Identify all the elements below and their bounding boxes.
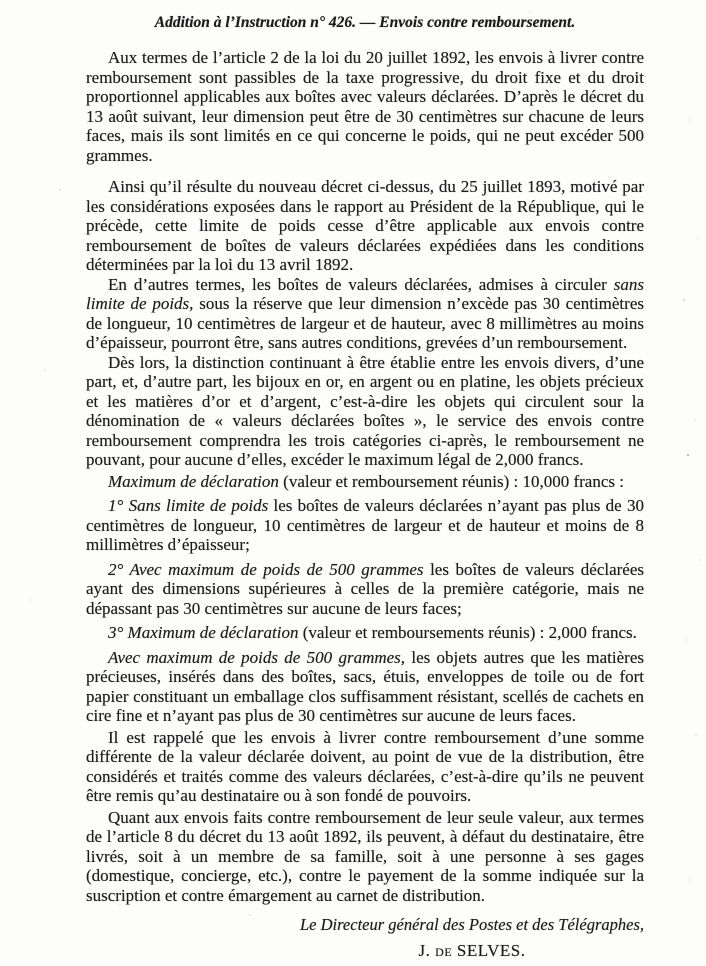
paragraph: Dès lors, la distinction continuant à êt… <box>86 353 644 470</box>
paragraph: Il est rappelé que les envois à livrer c… <box>86 728 644 806</box>
document-body: Aux termes de l’article 2 de la loi du 2… <box>86 48 644 905</box>
text-segment: Il est rappelé que les envois à livrer c… <box>86 728 644 806</box>
signature-role: Le Directeur général des Postes et des T… <box>300 915 644 935</box>
signature-name-initial: J. <box>419 941 436 960</box>
signature-name-particle: de <box>435 941 452 960</box>
paragraph: Quant aux envois faits contre remboursem… <box>86 808 644 906</box>
italic-text-segment: Maximum de déclaration <box>108 472 279 491</box>
paragraph: Maximum de déclaration (valeur et rembou… <box>86 472 644 492</box>
paragraph: Aux termes de l’article 2 de la loi du 2… <box>86 48 644 165</box>
paragraph: 3° Maximum de déclaration (valeur et rem… <box>86 623 644 643</box>
italic-text-segment: 2° Avec maximum de poids de 500 grammes <box>108 560 424 579</box>
text-segment: (valeur et remboursements réunis) : 2,00… <box>298 623 636 642</box>
text-segment: (valeur et remboursement réunis) : 10,00… <box>279 472 624 491</box>
paragraph: Avec maximum de poids de 500 grammes, le… <box>86 648 644 726</box>
text-segment: Quant aux envois faits contre remboursem… <box>86 808 644 905</box>
text-segment: Dès lors, la distinction continuant à êt… <box>86 353 644 470</box>
signature-inner: Le Directeur général des Postes et des T… <box>300 915 644 961</box>
signature-name: J. de SELVES. <box>300 941 644 961</box>
paragraph: 2° Avec maximum de poids de 500 grammes … <box>86 560 644 619</box>
text-segment: En d’autres termes, les boîtes de valeur… <box>108 275 614 294</box>
italic-text-segment: 3° Maximum de déclaration <box>108 623 298 642</box>
italic-text-segment: 1° Sans limite de poids <box>108 496 268 515</box>
paragraph: Ainsi qu’il résulte du nouveau décret ci… <box>86 177 644 275</box>
signature-name-surname: SELVES. <box>452 941 525 960</box>
scanned-document-page: Addition à l’Instruction n° 426. — Envoi… <box>0 0 706 966</box>
paragraph: En d’autres termes, les boîtes de valeur… <box>86 275 644 353</box>
text-segment: Ainsi qu’il résulte du nouveau décret ci… <box>86 177 644 274</box>
paragraph: 1° Sans limite de poids les boîtes de va… <box>86 496 644 555</box>
document-title: Addition à l’Instruction n° 426. — Envoi… <box>86 13 644 32</box>
italic-text-segment: Avec maximum de poids de 500 grammes, <box>108 648 405 667</box>
text-segment: Aux termes de l’article 2 de la loi du 2… <box>86 48 644 165</box>
signature-block: Le Directeur général des Postes et des T… <box>86 915 644 961</box>
